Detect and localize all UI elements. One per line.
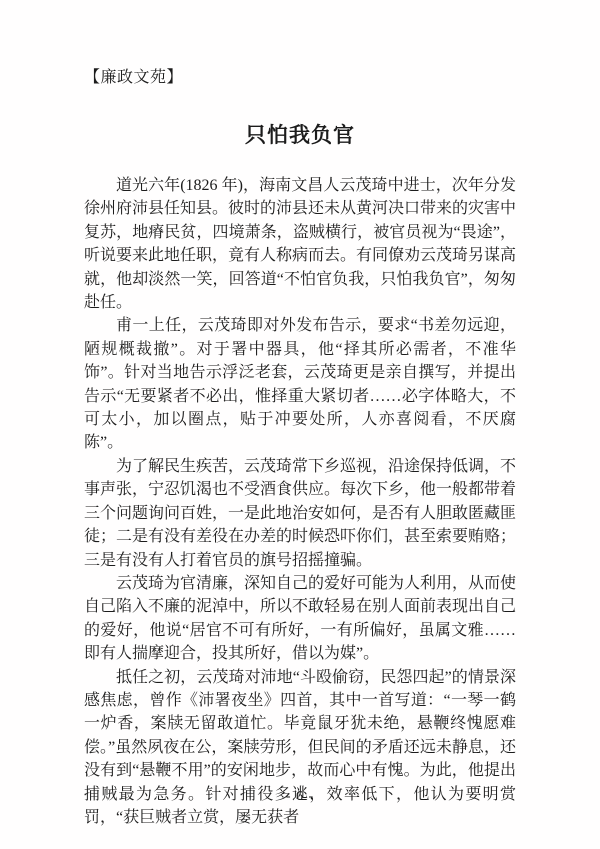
paragraph-3: 为了解民生疾苦，云茂琦常下乡巡视，沿途保持低调，不事声张，宁忍饥渴也不受酒食供应… [84,455,516,572]
paragraph-2: 甫一上任，云茂琦即对外发布告示，要求“书差勿远迎，陋规概裁撤”。对于署中器具，他… [84,314,516,454]
paragraph-1: 道光六年(1826 年)，海南文昌人云茂琦中进士，次年分发徐州府沛县任知县。彼时… [84,174,516,314]
section-label: 【廉政文苑】 [84,68,516,88]
article-body: 道光六年(1826 年)，海南文昌人云茂琦中进士，次年分发徐州府沛县任知县。彼时… [84,174,516,829]
document-page: 【廉政文苑】 只怕我负官 道光六年(1826 年)，海南文昌人云茂琦中进士，次年… [0,0,600,849]
page-title: 只怕我负官 [84,122,516,148]
paragraph-4: 云茂琦为官清廉，深知自己的爱好可能为人利用，从而使自己陷入不廉的泥淖中，所以不敢… [84,572,516,666]
page-number: - 6 - [0,789,600,805]
